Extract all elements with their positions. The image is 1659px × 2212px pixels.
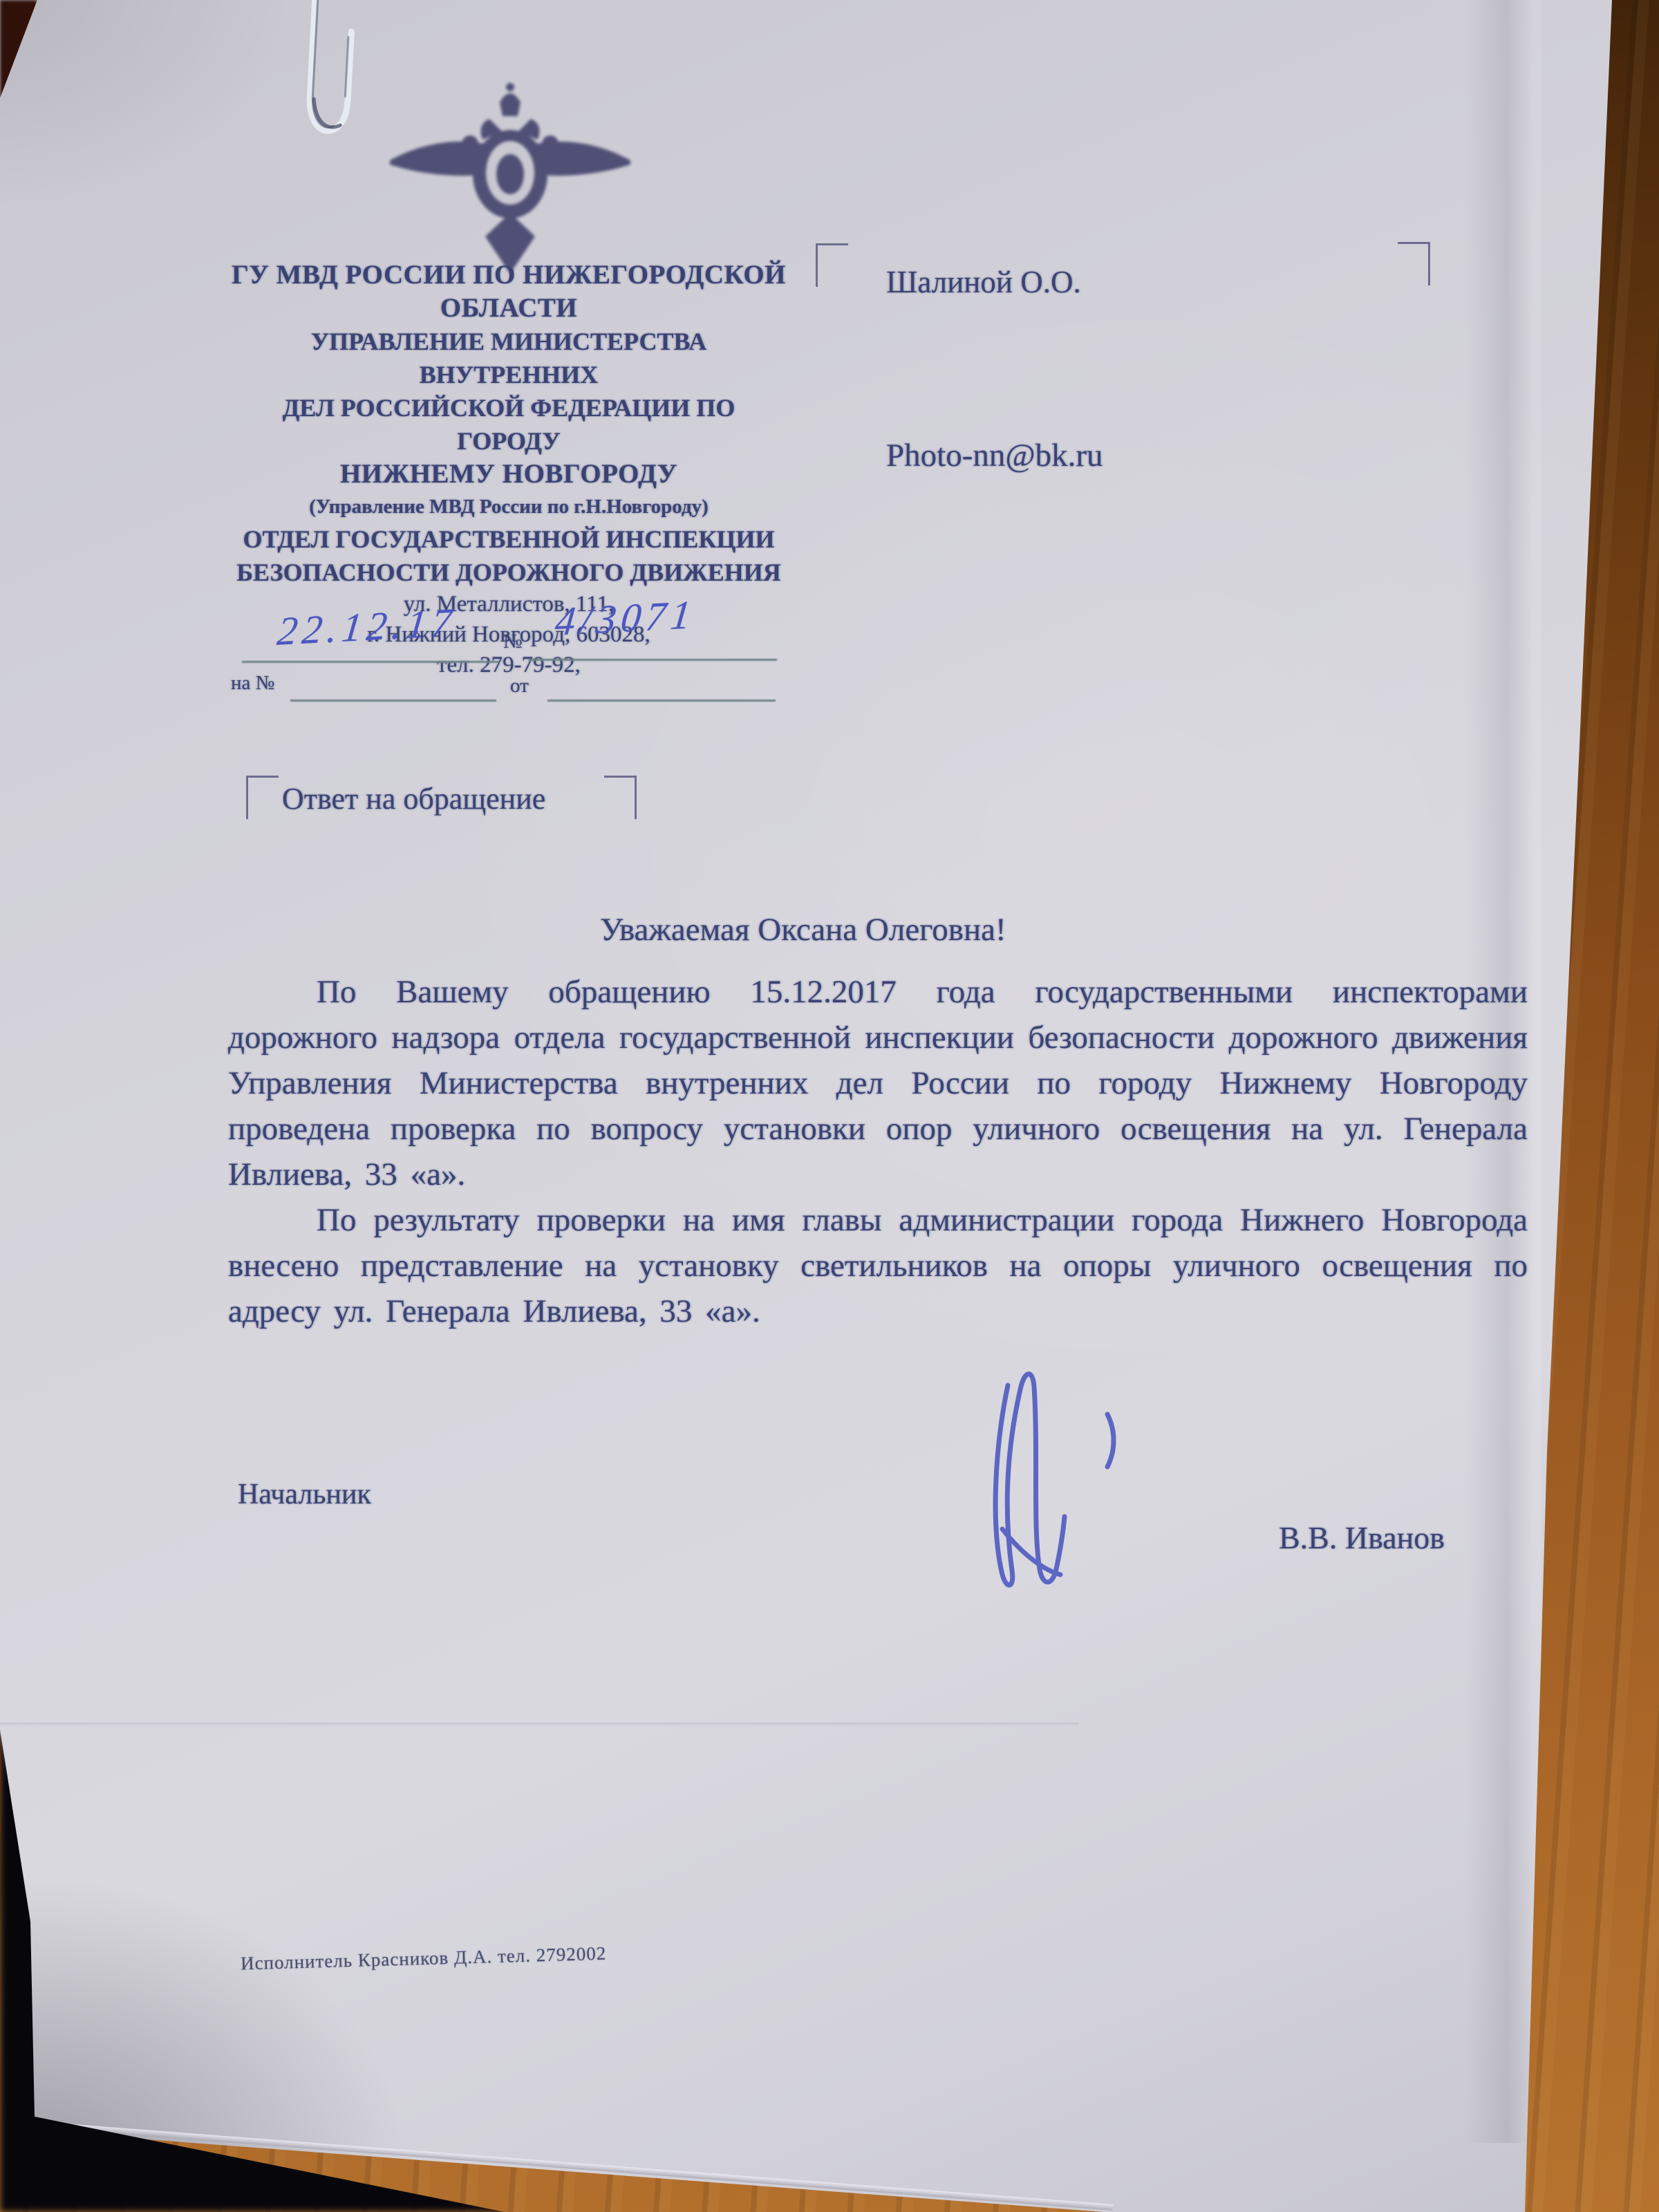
paperclip-icon xyxy=(283,0,369,158)
corner-mark xyxy=(604,776,637,819)
on-number-label: на № xyxy=(231,672,274,695)
on-number-blank-line xyxy=(290,700,496,702)
paragraph: По Вашему обращению 15.12.2017 года госу… xyxy=(228,969,1528,1197)
salutation: Уважаемая Оксана Олеговна! xyxy=(600,911,1006,948)
org-line: (Управление МВД России по г.Н.Новгороду) xyxy=(228,491,789,523)
org-line: ОБЛАСТИ xyxy=(228,292,789,325)
recipient-name: Шалиной О.О. xyxy=(886,264,1081,300)
org-line: ДЕЛ РОССИЙСКОЙ ФЕДЕРАЦИИ ПО ГОРОДУ xyxy=(228,391,789,458)
org-line: ГУ МВД РОССИИ ПО НИЖЕГОРОДСКОЙ xyxy=(228,259,789,292)
letter-body: По Вашему обращению 15.12.2017 года госу… xyxy=(228,969,1528,1334)
paragraph: По результату проверки на имя главы адми… xyxy=(228,1197,1528,1334)
letter-sheet: ГУ МВД РОССИИ ПО НИЖЕГОРОДСКОЙ ОБЛАСТИ У… xyxy=(0,0,1659,2212)
from-blank-line xyxy=(547,700,776,702)
executor-note: Исполнитель Красников Д.А. тел. 2792002 xyxy=(241,1943,607,1975)
org-line: ОТДЕЛ ГОСУДАРСТВЕННОЙ ИНСПЕКЦИИ xyxy=(228,523,789,556)
org-line: БЕЗОПАСНОСТИ ДОРОЖНОГО ДВИЖЕНИЯ xyxy=(228,556,789,589)
signer-position: Начальник xyxy=(238,1478,371,1511)
handwritten-number: 4/3071 xyxy=(553,591,698,645)
subject-line: Ответ на обращение xyxy=(282,781,545,816)
handwritten-date: 22.12.17 xyxy=(275,599,459,655)
sheet-under-edge xyxy=(0,1723,1078,1727)
from-label: от xyxy=(510,675,529,697)
date-blank-line xyxy=(242,661,499,663)
mvd-crest-icon xyxy=(386,76,635,278)
org-line: УПРАВЛЕНИЕ МИНИСТЕРСТВА ВНУТРЕННИХ xyxy=(228,325,789,391)
signer-name: В.В. Иванов xyxy=(1279,1519,1445,1556)
number-sign-label: № xyxy=(503,630,523,653)
corner-mark xyxy=(246,776,279,819)
org-line: НИЖНЕМУ НОВГОРОДУ xyxy=(228,458,789,491)
phone-line: тел. 279-79-92, xyxy=(228,650,789,680)
corner-mark xyxy=(816,243,848,287)
number-blank-line xyxy=(528,659,777,661)
signature-scribble xyxy=(962,1353,1142,1609)
photo-of-official-letter: ГУ МВД РОССИИ ПО НИЖЕГОРОДСКОЙ ОБЛАСТИ У… xyxy=(0,0,1659,2212)
recipient-email: Photo-nn@bk.ru xyxy=(886,437,1103,474)
corner-mark xyxy=(1398,242,1430,285)
